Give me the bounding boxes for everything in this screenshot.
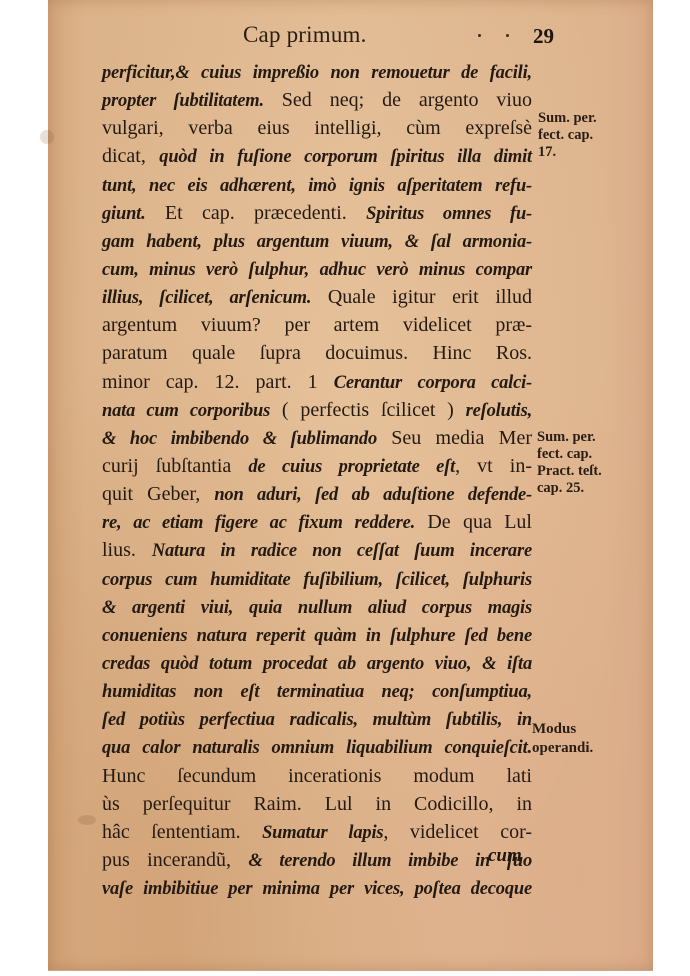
- paper-stain: [78, 815, 96, 825]
- text-line: qua calor naturalis omnium liquabilium c…: [102, 733, 532, 761]
- text-line: humiditas non eſt terminatiua neq; conſu…: [102, 677, 532, 705]
- marginal-note-line: fect. cap.: [538, 127, 597, 144]
- text-line: conueniens natura reperit quàm in ſulphu…: [102, 621, 532, 649]
- text-line: quit Geber, non aduri, ſed ab aduſtione …: [102, 480, 532, 508]
- italic-segment: Spiritus omnes fu-: [366, 204, 532, 224]
- text-line: pus incerandũ, & terendo illum imbibe in…: [102, 846, 532, 874]
- marginal-note-line: 17.: [538, 144, 597, 161]
- italic-segment: qua calor naturalis omnium liquabilium c…: [102, 738, 532, 758]
- text-line: dicat, quòd in fuſione corporum ſpiritus…: [102, 142, 532, 170]
- italic-segment: nata cum corporibus: [102, 401, 270, 421]
- marginal-note-modus-operandi: Modusoperandi.: [532, 720, 593, 758]
- marginal-note-line: cap. 25.: [537, 480, 602, 497]
- roman-segment: , videlicet cor-: [383, 821, 532, 843]
- text-line: ſed potiùs perfectiua radicalis, multùm …: [102, 705, 532, 733]
- marginal-note-line: Pract. teſt.: [537, 463, 602, 480]
- marginal-note-sum-perfect-pract-25: Sum. per.fect. cap.Pract. teſt.cap. 25.: [537, 429, 602, 497]
- italic-segment: Natura in radice non ceſſat ſuum incerar…: [152, 541, 532, 561]
- italic-segment: giunt.: [102, 204, 146, 224]
- text-line: & argenti viui, quia nullum aliud corpus…: [102, 593, 532, 621]
- italic-segment: quòd in fuſione corporum ſpiritus illa d…: [159, 147, 532, 167]
- marginal-note-sum-perfect-17: Sum. per.fect. cap.17.: [538, 110, 597, 161]
- italic-segment: Cerantur corpora calci-: [334, 373, 532, 393]
- text-line: argentum viuum? per artem videlicet præ-: [102, 311, 532, 339]
- text-line: perficitur,& cuius impreßio non remouetu…: [102, 58, 532, 86]
- roman-segment: Seu media Mer: [377, 427, 532, 449]
- page-number: 29: [533, 24, 554, 49]
- roman-segment: curij ſubſtantia: [102, 455, 248, 477]
- roman-segment: Quale igitur erit illud: [311, 286, 532, 308]
- italic-segment: cum, minus verò ſulphur, adhuc verò minu…: [102, 260, 532, 280]
- book-page: Cap primum. 29 perficitur,& cuius impreß…: [48, 0, 653, 971]
- roman-segment: vulgari, verba eius intelligi, cùm expre…: [102, 117, 532, 139]
- text-line: lius. Natura in radice non ceſſat ſuum i…: [102, 536, 532, 564]
- body-text: perficitur,& cuius impreßio non remouetu…: [102, 58, 532, 902]
- italic-segment: & hoc imbibendo & ſublimando: [102, 429, 377, 449]
- roman-segment: Et cap. præcedenti.: [146, 202, 367, 224]
- italic-segment: credas quòd totum procedat ab argento vi…: [102, 654, 532, 674]
- text-line: curij ſubſtantia de cuius proprietate eſ…: [102, 452, 532, 480]
- roman-segment: dicat,: [102, 145, 159, 167]
- roman-segment: quit Geber,: [102, 483, 214, 505]
- italic-segment: ſed potiùs perfectiua radicalis, multùm …: [102, 710, 532, 730]
- roman-segment: pus incerandũ,: [102, 849, 248, 871]
- italic-segment: tunt, nec eis adhærent, imò ignis aſperi…: [102, 176, 532, 196]
- marginal-note-line: fect. cap.: [537, 446, 602, 463]
- roman-segment: argentum viuum? per artem videlicet præ-: [102, 314, 532, 336]
- ornament-dot: [506, 34, 509, 37]
- text-line: cum, minus verò ſulphur, adhuc verò minu…: [102, 255, 532, 283]
- text-line: vulgari, verba eius intelligi, cùm expre…: [102, 114, 532, 142]
- italic-segment: Sumatur lapis: [262, 823, 383, 843]
- text-line: & hoc imbibendo & ſublimando Seu media M…: [102, 424, 532, 452]
- text-line: hâc ſententiam. Sumatur lapis, videlicet…: [102, 818, 532, 846]
- text-line: vaſe imbibitiue per minima per vices, po…: [102, 874, 532, 902]
- roman-segment: lius.: [102, 539, 152, 561]
- italic-segment: perficitur,& cuius impreßio non remouetu…: [102, 63, 532, 83]
- italic-segment: corpus cum humiditate fuſibilium, ſcilic…: [102, 570, 532, 590]
- italic-segment: conueniens natura reperit quàm in ſulphu…: [102, 626, 532, 646]
- text-line: illius, ſcilicet, arſenicum. Quale igitu…: [102, 283, 532, 311]
- roman-segment: Sed neq; de argento viuo: [264, 89, 532, 111]
- roman-segment: ùs perſequitur Raim. Lul in Codicillo, i…: [102, 793, 532, 815]
- text-line: gam habent, plus argentum viuum, & ſal a…: [102, 227, 532, 255]
- text-line: credas quòd totum procedat ab argento vi…: [102, 649, 532, 677]
- marginal-note-line: Modus: [532, 720, 593, 739]
- paper-stain: [40, 130, 54, 144]
- italic-segment: reſolutis,: [466, 401, 532, 421]
- italic-segment: & argenti viui, quia nullum aliud corpus…: [102, 598, 532, 618]
- text-line: Hunc ſecundum incerationis modum lati: [102, 762, 532, 790]
- roman-segment: hâc ſententiam.: [102, 821, 262, 843]
- text-line: tunt, nec eis adhærent, imò ignis aſperi…: [102, 171, 532, 199]
- roman-segment: De qua Lul: [415, 511, 532, 533]
- running-head: Cap primum.: [243, 22, 367, 48]
- roman-segment: ( perfectis ſcilicet ): [270, 399, 466, 421]
- page-header: Cap primum. 29: [48, 22, 653, 52]
- text-line: giunt. Et cap. præcedenti. Spiritus omne…: [102, 199, 532, 227]
- italic-segment: de cuius proprietate eſt: [248, 457, 455, 477]
- text-line: nata cum corporibus ( perfectis ſcilicet…: [102, 396, 532, 424]
- text-line: minor cap. 12. part. 1 Cerantur corpora …: [102, 368, 532, 396]
- roman-segment: minor cap. 12. part. 1: [102, 371, 334, 393]
- roman-segment: paratum quale ſupra docuimus. Hinc Ros.: [102, 342, 532, 364]
- italic-segment: humiditas non eſt terminatiua neq; conſu…: [102, 682, 532, 702]
- text-line: propter ſubtilitatem. Sed neq; de argent…: [102, 86, 532, 114]
- roman-segment: , vt in-: [455, 455, 532, 477]
- text-line: corpus cum humiditate fuſibilium, ſcilic…: [102, 565, 532, 593]
- italic-segment: propter ſubtilitatem.: [102, 91, 264, 111]
- catchword: cum: [488, 845, 522, 867]
- roman-segment: Hunc ſecundum incerationis modum lati: [102, 765, 532, 787]
- italic-segment: illius, ſcilicet, arſenicum.: [102, 288, 311, 308]
- italic-segment: non aduri, ſed ab aduſtione defende-: [214, 485, 532, 505]
- italic-segment: re, ac etiam figere ac fixum reddere.: [102, 513, 415, 533]
- text-line: re, ac etiam figere ac fixum reddere. De…: [102, 508, 532, 536]
- italic-segment: vaſe imbibitiue per minima per vices, po…: [102, 879, 532, 899]
- ornament-dot: [478, 34, 481, 37]
- text-line: ùs perſequitur Raim. Lul in Codicillo, i…: [102, 790, 532, 818]
- italic-segment: gam habent, plus argentum viuum, & ſal a…: [102, 232, 532, 252]
- marginal-note-line: Sum. per.: [538, 110, 597, 127]
- text-line: paratum quale ſupra docuimus. Hinc Ros.: [102, 339, 532, 367]
- marginal-note-line: operandi.: [532, 739, 593, 758]
- marginal-note-line: Sum. per.: [537, 429, 602, 446]
